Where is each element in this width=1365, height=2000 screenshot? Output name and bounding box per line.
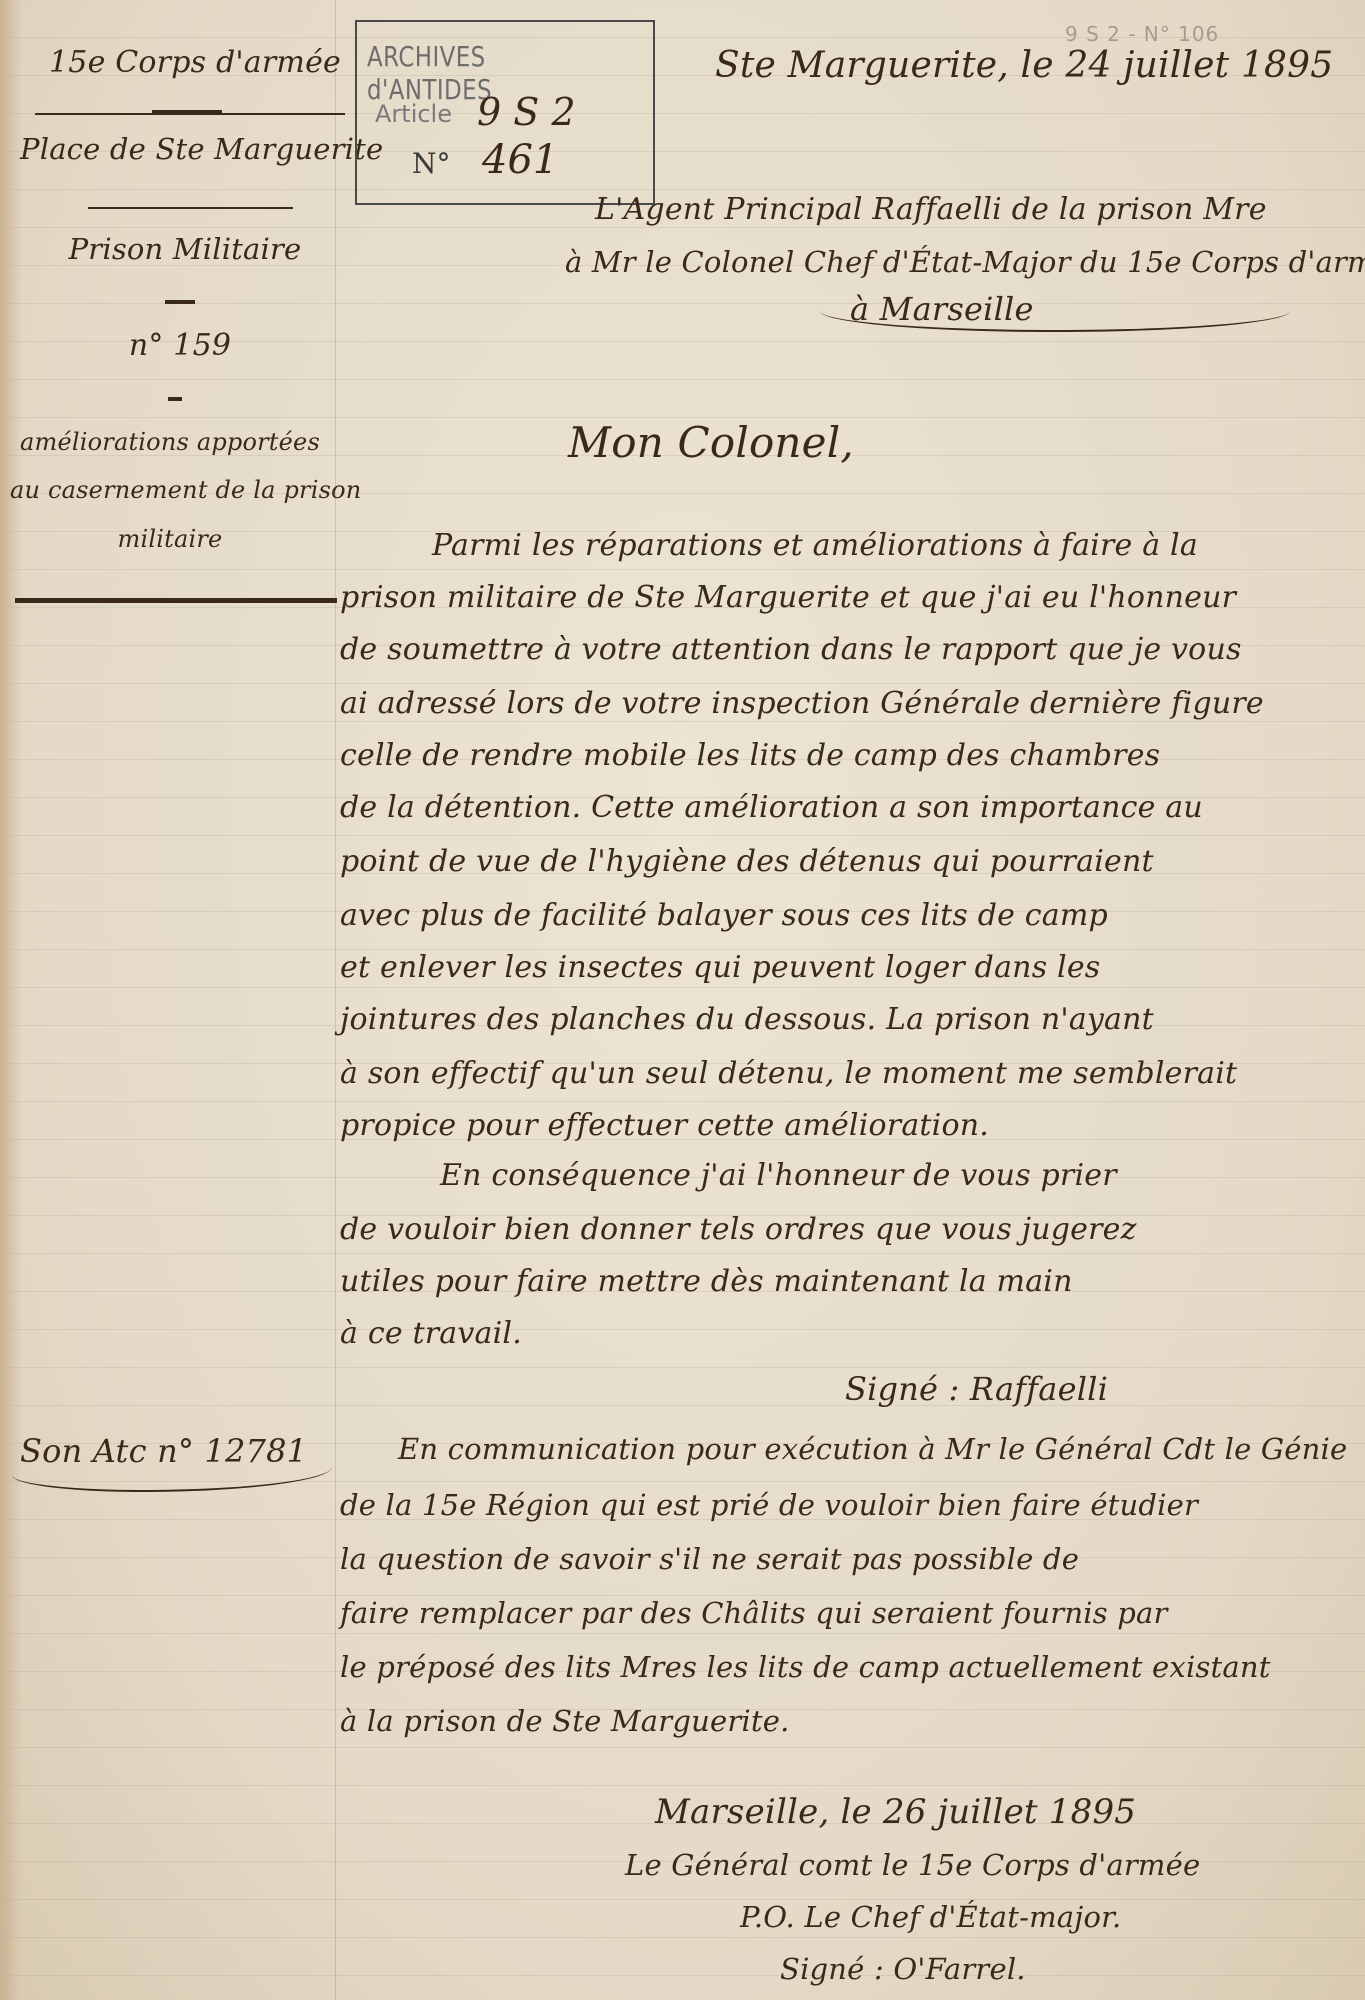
body-line: de la détention. Cette amélioration a so… xyxy=(340,790,1203,825)
endorsement-line: faire remplacer par des Châlits qui sera… xyxy=(340,1596,1168,1630)
margin-subject-line: améliorations apportées xyxy=(10,428,330,456)
margin-corps: 15e Corps d'armée xyxy=(40,45,350,80)
margin-rule xyxy=(335,0,336,2000)
stamp-article-label: Article xyxy=(375,100,452,128)
margin-closing-rule xyxy=(15,598,337,603)
reference-swash xyxy=(12,1450,332,1492)
margin-service: Prison Militaire xyxy=(40,232,330,266)
body-line: jointures des planches du dessous. La pr… xyxy=(340,1002,1154,1037)
body-line: ai adressé lors de votre inspection Géné… xyxy=(340,686,1264,721)
body-line: de soumettre à votre attention dans le r… xyxy=(340,632,1242,667)
stamp-number-value: 461 xyxy=(482,137,558,183)
body-line: Parmi les réparations et améliorations à… xyxy=(432,528,1198,563)
recipient-line: à Mr le Colonel Chef d'État-Major du 15e… xyxy=(565,245,1365,279)
paper-edge xyxy=(0,0,22,2000)
body-line: celle de rendre mobile les lits de camp … xyxy=(340,738,1160,773)
endorsement-line: le préposé des lits Mres les lits de cam… xyxy=(340,1650,1271,1684)
endorsement-place-date: Marseille, le 26 juillet 1895 xyxy=(655,1792,1136,1832)
margin-subject-line: au casernement de la prison xyxy=(10,476,330,504)
margin-subject-line: militaire xyxy=(10,525,330,553)
sender-line: L'Agent Principal Raffaelli de la prison… xyxy=(595,192,1267,227)
letter-page: 15e Corps d'armée Place de Ste Marguerit… xyxy=(0,0,1365,2000)
body-line: utiles pour faire mettre dès maintenant … xyxy=(340,1264,1073,1299)
endorsement-title: Le Général comt le 15e Corps d'armée xyxy=(625,1848,1200,1882)
endorsement-line: la question de savoir s'il ne serait pas… xyxy=(340,1542,1079,1576)
body-line: En conséquence j'ai l'honneur de vous pr… xyxy=(440,1158,1117,1193)
body-line: propice pour effectuer cette amélioratio… xyxy=(340,1108,989,1143)
salutation: Mon Colonel, xyxy=(568,418,854,467)
margin-dash xyxy=(168,397,182,401)
margin-dash xyxy=(165,300,195,304)
archive-stamp: ARCHIVES d'ANTIDES Article 9 S 2 N° 461 xyxy=(355,20,655,205)
recipient-swash xyxy=(820,290,1290,332)
margin-number: n° 159 xyxy=(70,328,290,363)
stamp-number-label: N° xyxy=(412,147,451,180)
margin-divider xyxy=(88,207,293,209)
margin-place: Place de Ste Marguerite xyxy=(20,132,365,166)
letter-place-date: Ste Marguerite, le 24 juillet 1895 xyxy=(715,45,1333,86)
endorsement-line: à la prison de Ste Marguerite. xyxy=(340,1704,790,1738)
body-line: de vouloir bien donner tels ordres que v… xyxy=(340,1212,1137,1247)
body-line: point de vue de l'hygiène des détenus qu… xyxy=(340,844,1154,879)
body-line: et enlever les insectes qui peuvent loge… xyxy=(340,950,1100,985)
letter-signature: Signé : Raffaelli xyxy=(845,1370,1108,1408)
endorsement-signature: Signé : O'Farrel. xyxy=(780,1952,1026,1986)
pencil-reference: 9 S 2 - N° 106 xyxy=(1065,22,1219,46)
endorsement-po-line: P.O. Le Chef d'État-major. xyxy=(740,1900,1121,1934)
margin-divider-bold xyxy=(152,110,222,115)
endorsement-line: de la 15e Région qui est prié de vouloir… xyxy=(340,1488,1198,1522)
body-line: à son effectif qu'un seul détenu, le mom… xyxy=(340,1056,1237,1091)
body-line: prison militaire de Ste Marguerite et qu… xyxy=(340,580,1236,615)
stamp-article-value: 9 S 2 xyxy=(477,90,576,134)
endorsement-line: En communication pour exécution à Mr le … xyxy=(398,1432,1347,1466)
body-line: avec plus de facilité balayer sous ces l… xyxy=(340,898,1108,933)
body-line: à ce travail. xyxy=(340,1316,522,1351)
